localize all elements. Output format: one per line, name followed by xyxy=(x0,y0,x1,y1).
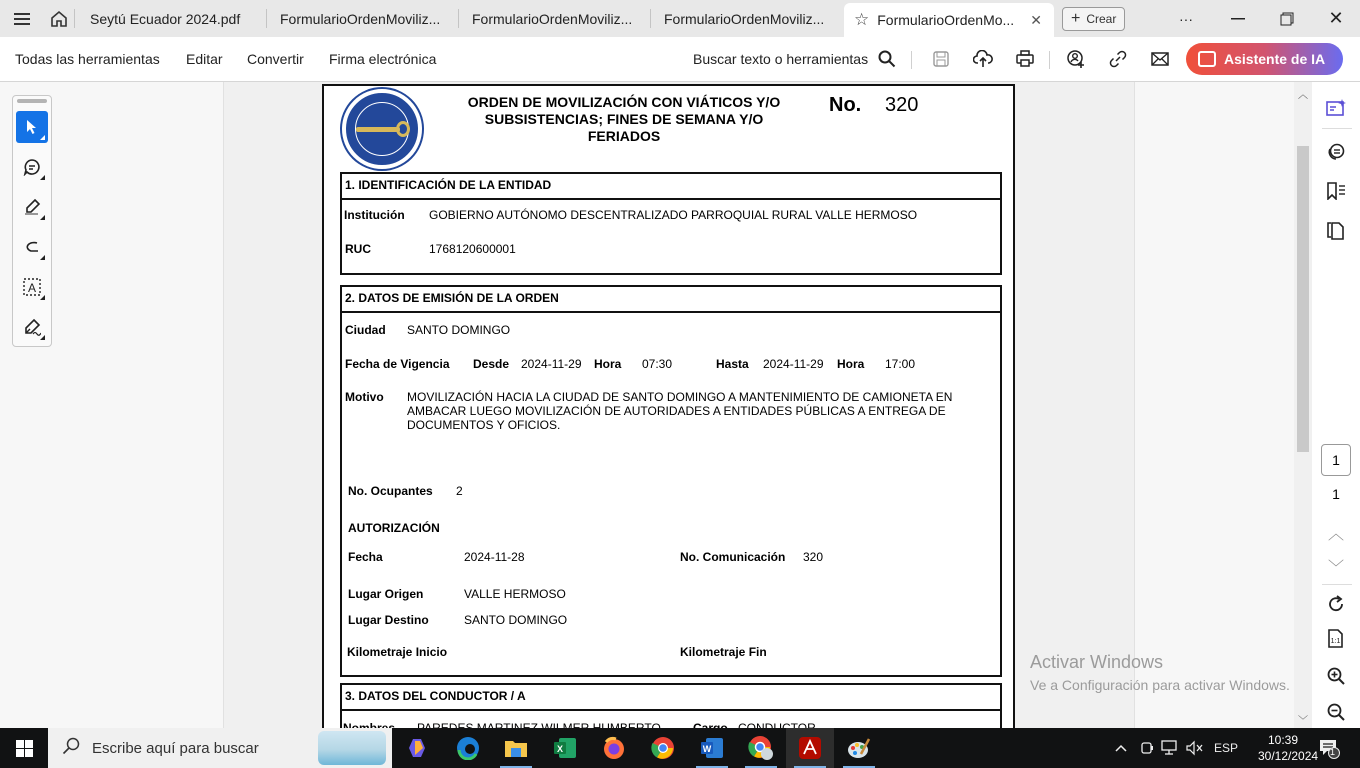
ai-assistant-button[interactable]: Asistente de IA xyxy=(1186,43,1343,75)
show-hidden-icons[interactable] xyxy=(1114,728,1128,768)
select-tool-icon[interactable] xyxy=(16,111,48,143)
title-line: ORDEN DE MOVILIZACIÓN CON VIÁTICOS Y/O xyxy=(444,94,804,111)
svg-text:1:1: 1:1 xyxy=(1331,638,1341,645)
bookmarks-icon[interactable] xyxy=(1324,179,1348,203)
order-number-label: No. xyxy=(829,94,861,117)
edge-icon[interactable] xyxy=(444,728,492,768)
viewer-margin xyxy=(1134,82,1294,728)
main-toolbar: Todas las herramientas Editar Convertir … xyxy=(0,37,1360,82)
taskbar-search-box[interactable]: Escribe aquí para buscar xyxy=(48,728,392,768)
next-page-icon[interactable]: ﹀ xyxy=(1324,554,1348,578)
desde-label: Desde xyxy=(473,357,509,371)
zoom-out-icon[interactable] xyxy=(1324,700,1348,724)
ai-sparkle-icon xyxy=(1198,51,1216,67)
svg-text:X: X xyxy=(557,744,563,754)
section-header: 3. DATOS DEL CONDUCTOR / A xyxy=(342,685,1000,711)
svg-text:W: W xyxy=(703,744,712,754)
current-page-input[interactable]: 1 xyxy=(1321,444,1351,476)
home-icon[interactable] xyxy=(44,0,74,37)
upload-cloud-icon[interactable] xyxy=(971,47,995,71)
hasta-label: Hasta xyxy=(716,357,749,371)
tab-formulario-active[interactable]: ☆ FormularioOrdenMo... ✕ xyxy=(844,3,1054,37)
close-window-icon[interactable]: ✕ xyxy=(1312,0,1360,37)
clock-time: 10:39 xyxy=(1258,732,1308,748)
ai-summary-icon[interactable] xyxy=(1324,96,1348,120)
actual-size-icon[interactable]: 1:1 xyxy=(1324,627,1348,651)
save-icon[interactable] xyxy=(929,47,953,71)
close-tab-icon[interactable]: ✕ xyxy=(1030,12,1042,29)
tab-label: FormularioOrdenMoviliz... xyxy=(280,11,440,27)
section-entity: 1. IDENTIFICACIÓN DE LA ENTIDAD Instituc… xyxy=(340,172,1002,275)
tab-label: FormularioOrdenMoviliz... xyxy=(472,11,632,27)
motivo-line: MOVILIZACIÓN HACIA LA CIUDAD DE SANTO DO… xyxy=(407,390,952,404)
activation-watermark-text: Ve a Configuración para activar Windows. xyxy=(1030,677,1290,693)
drag-handle[interactable] xyxy=(17,99,47,103)
tab-label: FormularioOrdenMoviliz... xyxy=(664,11,824,27)
hora-desde-value: 07:30 xyxy=(642,357,672,371)
comments-panel-icon[interactable] xyxy=(1324,140,1348,164)
link-icon[interactable] xyxy=(1106,47,1130,71)
title-line: SUBSISTENCIAS; FINES DE SEMANA Y/O xyxy=(444,111,804,128)
km-fin-label: Kilometraje Fin xyxy=(680,645,767,659)
document-title: ORDEN DE MOVILIZACIÓN CON VIÁTICOS Y/O S… xyxy=(444,94,804,145)
vertical-scrollbar[interactable]: ︿ ﹀ xyxy=(1294,82,1312,728)
km-inicio-label: Kilometraje Inicio xyxy=(347,645,447,659)
notification-center-icon[interactable]: 1 xyxy=(1318,728,1340,768)
motivo-line: AMBACAR LUEGO MOVILIZACIÓN DE AUTORIDADE… xyxy=(407,404,952,418)
search-icon[interactable] xyxy=(875,47,899,71)
sign-tool-icon[interactable] xyxy=(16,311,48,343)
camera-privacy-icon[interactable] xyxy=(1140,728,1154,768)
chrome-icon[interactable] xyxy=(639,728,687,768)
motivo-label: Motivo xyxy=(345,390,384,404)
email-icon[interactable] xyxy=(1148,47,1172,71)
order-number: 320 xyxy=(885,94,918,117)
comunicacion-value: 320 xyxy=(803,550,823,564)
hamburger-menu-icon[interactable] xyxy=(0,0,44,37)
fecha-value: 2024-11-28 xyxy=(464,550,525,564)
scroll-up-icon[interactable]: ︿ xyxy=(1297,86,1309,101)
section-order-data: 2. DATOS DE EMISIÓN DE LA ORDEN Ciudad S… xyxy=(340,285,1002,677)
language-indicator[interactable]: ESP xyxy=(1214,728,1238,768)
zoom-in-icon[interactable] xyxy=(1324,664,1348,688)
total-pages: 1 xyxy=(1312,486,1360,502)
taskbar-search-placeholder: Escribe aquí para buscar xyxy=(92,740,259,757)
origen-value: VALLE HERMOSO xyxy=(464,587,566,601)
windows-taskbar: Escribe aquí para buscar X W ESP 10:39 3… xyxy=(0,728,1360,768)
comment-tool-icon[interactable] xyxy=(16,151,48,183)
windows-start-icon[interactable] xyxy=(0,728,48,768)
search-icon xyxy=(62,737,80,759)
svg-text:A: A xyxy=(28,281,36,295)
minimize-icon[interactable] xyxy=(1214,0,1262,37)
tab-label: Seytú Ecuador 2024.pdf xyxy=(90,11,240,27)
menu-edit[interactable]: Editar xyxy=(186,51,223,67)
paint-icon[interactable] xyxy=(835,728,883,768)
ciudad-label: Ciudad xyxy=(345,323,386,337)
page-thumbnails-icon[interactable] xyxy=(1324,218,1348,242)
highlight-tool-icon[interactable] xyxy=(16,191,48,223)
motivo-line: DOCUMENTOS Y OFICIOS. xyxy=(407,418,952,432)
tab-formulario-1[interactable]: FormularioOrdenMoviliz... xyxy=(266,0,458,37)
tab-formulario-3[interactable]: FormularioOrdenMoviliz... xyxy=(650,0,844,37)
print-icon[interactable] xyxy=(1013,47,1037,71)
previous-page-icon[interactable]: ︿ xyxy=(1324,520,1348,544)
share-user-icon[interactable] xyxy=(1064,47,1088,71)
ciudad-value: SANTO DOMINGO xyxy=(407,323,510,337)
tab-formulario-2[interactable]: FormularioOrdenMoviliz... xyxy=(458,0,650,37)
scrollbar-thumb[interactable] xyxy=(1297,146,1309,452)
volume-muted-icon[interactable] xyxy=(1186,728,1204,768)
hora-desde-label: Hora xyxy=(594,357,621,371)
fecha-label: Fecha xyxy=(348,550,383,564)
chrome-profile-icon[interactable] xyxy=(737,728,785,768)
tab-bar: Seytú Ecuador 2024.pdf FormularioOrdenMo… xyxy=(0,0,1360,37)
motivo-value: MOVILIZACIÓN HACIA LA CIUDAD DE SANTO DO… xyxy=(407,390,952,432)
comunicacion-label: No. Comunicación xyxy=(680,550,785,564)
acrobat-icon[interactable] xyxy=(786,728,834,768)
tab-label: FormularioOrdenMo... xyxy=(877,12,1014,28)
clock-date: 30/12/2024 xyxy=(1258,748,1308,764)
restore-icon[interactable] xyxy=(1263,0,1311,37)
word-icon[interactable]: W xyxy=(688,728,736,768)
destino-label: Lugar Destino xyxy=(348,613,429,627)
hora-hasta-value: 17:00 xyxy=(885,357,915,371)
autorizacion-label: AUTORIZACIÓN xyxy=(348,521,440,535)
section-header: 2. DATOS DE EMISIÓN DE LA ORDEN xyxy=(342,287,1000,313)
firefox-icon[interactable] xyxy=(590,728,638,768)
network-icon[interactable] xyxy=(1161,728,1179,768)
menu-convert[interactable]: Convertir xyxy=(247,51,304,67)
notification-count: 1 xyxy=(1330,747,1335,757)
ocupantes-value: 2 xyxy=(456,484,463,498)
plus-icon: + xyxy=(1071,10,1080,28)
institucion-value: GOBIERNO AUTÓNOMO DESCENTRALIZADO PARROQ… xyxy=(429,208,917,222)
title-line: FERIADOS xyxy=(444,128,804,145)
search-highlight-image xyxy=(318,731,386,765)
system-clock[interactable]: 10:39 30/12/2024 xyxy=(1258,732,1308,764)
excel-icon[interactable]: X xyxy=(541,728,589,768)
ruc-value: 1768120600001 xyxy=(429,242,516,256)
star-icon[interactable]: ☆ xyxy=(854,10,869,30)
more-options-icon[interactable]: ··· xyxy=(1162,0,1210,37)
hasta-value: 2024-11-29 xyxy=(763,357,824,371)
origen-label: Lugar Origen xyxy=(348,587,423,601)
institucion-label: Institución xyxy=(344,208,405,222)
menu-all-tools[interactable]: Todas las herramientas xyxy=(15,51,160,67)
ai-assistant-label: Asistente de IA xyxy=(1224,51,1325,67)
create-label: Crear xyxy=(1086,12,1116,26)
search-tools-label[interactable]: Buscar texto o herramientas xyxy=(693,51,868,67)
copilot-icon[interactable] xyxy=(394,728,442,768)
create-button[interactable]: +Crear xyxy=(1062,7,1125,31)
vigencia-label: Fecha de Vigencia xyxy=(345,357,450,371)
draw-tool-icon[interactable] xyxy=(16,231,48,263)
destino-value: SANTO DOMINGO xyxy=(464,613,567,627)
scroll-down-icon[interactable]: ﹀ xyxy=(1297,712,1309,727)
file-explorer-icon[interactable] xyxy=(492,728,540,768)
institution-logo xyxy=(342,89,422,169)
ruc-label: RUC xyxy=(345,242,371,256)
rotate-icon[interactable] xyxy=(1324,592,1348,616)
left-tool-rail: A xyxy=(0,82,224,728)
text-box-tool-icon[interactable]: A xyxy=(16,271,48,303)
right-rail: 1 1 ︿ ﹀ 1:1 xyxy=(1312,82,1360,728)
activation-watermark-title: Activar Windows xyxy=(1030,652,1163,673)
hora-hasta-label: Hora xyxy=(837,357,864,371)
desde-value: 2024-11-29 xyxy=(521,357,582,371)
section-header: 1. IDENTIFICACIÓN DE LA ENTIDAD xyxy=(342,174,1000,200)
quick-tools-panel: A xyxy=(12,95,52,347)
tab-seytu[interactable]: Seytú Ecuador 2024.pdf xyxy=(74,0,266,37)
pdf-page: ORDEN DE MOVILIZACIÓN CON VIÁTICOS Y/O S… xyxy=(322,84,1015,744)
menu-esign[interactable]: Firma electrónica xyxy=(329,51,436,67)
ocupantes-label: No. Ocupantes xyxy=(348,484,433,498)
